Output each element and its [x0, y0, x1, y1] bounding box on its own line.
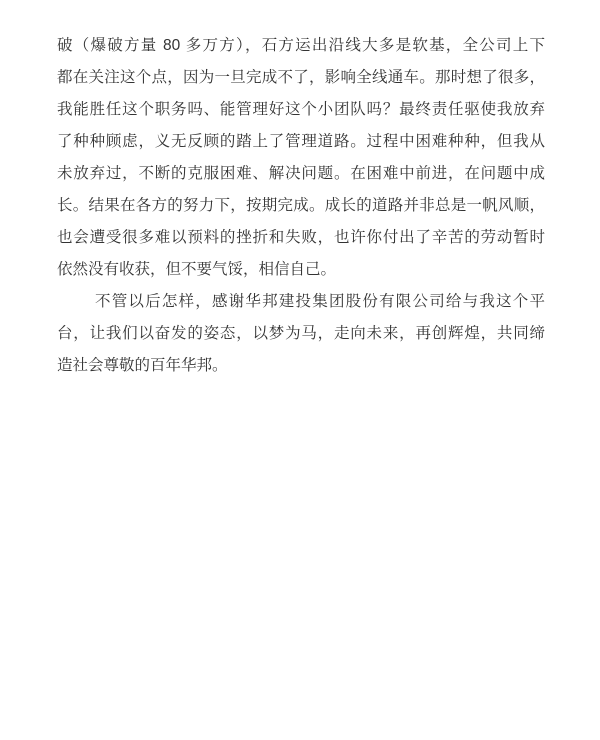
text-line: 我能胜任这个职务吗、能管理好这个小团队吗？最终责任驱使我放弃 [57, 94, 545, 126]
document-page: 破（爆破方量 80 多万方），石方运出沿线大多是软基，全公司上下 都在关注这个点… [0, 0, 600, 740]
text-line: 也会遭受很多难以预料的挫折和失败，也许你付出了辛苦的劳动暂时 [57, 222, 545, 254]
text-line: 未放弃过，不断的克服困难、解决问题。在困难中前进，在问题中成 [57, 158, 545, 190]
text-line: 造社会尊敬的百年华邦。 [57, 350, 545, 382]
text-line: 台，让我们以奋发的姿态，以梦为马，走向未来，再创辉煌，共同缔 [57, 318, 545, 350]
text-line: 不管以后怎样，感谢华邦建投集团股份有限公司给与我这个平 [57, 286, 545, 318]
paragraph-1: 破（爆破方量 80 多万方），石方运出沿线大多是软基，全公司上下 都在关注这个点… [57, 30, 545, 286]
document-text: 破（爆破方量 80 多万方），石方运出沿线大多是软基，全公司上下 都在关注这个点… [57, 30, 545, 382]
text-line: 长。结果在各方的努力下，按期完成。成长的道路并非总是一帆风顺， [57, 190, 545, 222]
text-line: 都在关注这个点，因为一旦完成不了，影响全线通车。那时想了很多， [57, 62, 545, 94]
text-line: 破（爆破方量 80 多万方），石方运出沿线大多是软基，全公司上下 [57, 30, 545, 62]
text-line: 依然没有收获，但不要气馁，相信自己。 [57, 254, 545, 286]
paragraph-2: 不管以后怎样，感谢华邦建投集团股份有限公司给与我这个平 台，让我们以奋发的姿态，… [57, 286, 545, 382]
text-line: 了种种顾虑，义无反顾的踏上了管理道路。过程中困难种种，但我从 [57, 126, 545, 158]
